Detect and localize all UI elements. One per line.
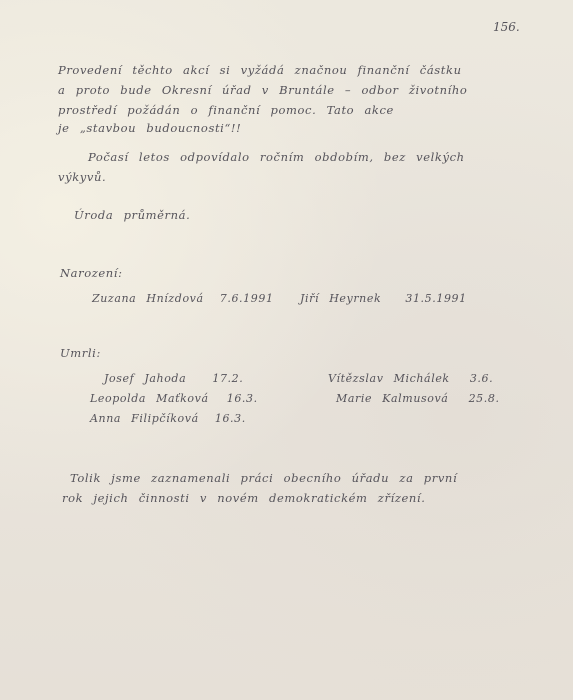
- birth-date: 7.6.1991: [220, 292, 274, 305]
- death-entry: Leopolda Maťková 16.3.: [90, 393, 258, 404]
- death-entry: Vítězslav Michálek 3.6.: [328, 373, 493, 384]
- death-date: 17.2.: [212, 372, 243, 385]
- text-line: Počasí letos odpovídalo ročním obdobím, …: [88, 152, 465, 164]
- death-name: Anna Filipčíková: [90, 412, 199, 425]
- death-date: 16.3.: [227, 392, 258, 405]
- birth-date: 31.5.1991: [405, 292, 466, 305]
- death-name: Vítězslav Michálek: [328, 372, 450, 385]
- text-line: výkyvů.: [58, 172, 106, 184]
- death-entry: Anna Filipčíková 16.3.: [90, 413, 246, 424]
- text-line: je „stavbou budoucnosti“!!: [58, 123, 241, 135]
- birth-entry: Zuzana Hnízdová 7.6.1991: [92, 293, 274, 304]
- death-date: 25.8.: [469, 392, 500, 405]
- page-number: 156.: [493, 21, 520, 33]
- death-date: 16.3.: [215, 412, 246, 425]
- death-date: 3.6.: [470, 372, 493, 385]
- birth-entry: Jiří Heyrnek 31.5.1991: [300, 293, 467, 304]
- text-line: prostředí požádán o finanční pomoc. Tato…: [58, 105, 394, 117]
- birth-name: Zuzana Hnízdová: [92, 292, 204, 305]
- text-line: Provedení těchto akcí si vyžádá značnou …: [58, 65, 462, 77]
- text-line: Tolik jsme zaznamenali práci obecního úř…: [70, 473, 457, 485]
- death-name: Marie Kalmusová: [336, 392, 448, 405]
- text-line: rok jejich činnosti v novém demokratické…: [62, 493, 425, 505]
- birth-name: Jiří Heyrnek: [300, 292, 381, 305]
- births-label: Narození:: [60, 268, 123, 280]
- death-name: Leopolda Maťková: [90, 392, 209, 405]
- paragraph-harvest: Úroda průměrná.: [74, 210, 190, 222]
- death-entry: Josef Jahoda 17.2.: [104, 373, 243, 384]
- death-entry: Marie Kalmusová 25.8.: [336, 393, 500, 404]
- text-line: a proto bude Okresní úřad v Bruntále – o…: [58, 85, 467, 97]
- deaths-label: Umrli:: [60, 348, 101, 360]
- death-name: Josef Jahoda: [104, 372, 186, 385]
- chronicle-page: 156. Provedení těchto akcí si vyžádá zna…: [0, 0, 573, 700]
